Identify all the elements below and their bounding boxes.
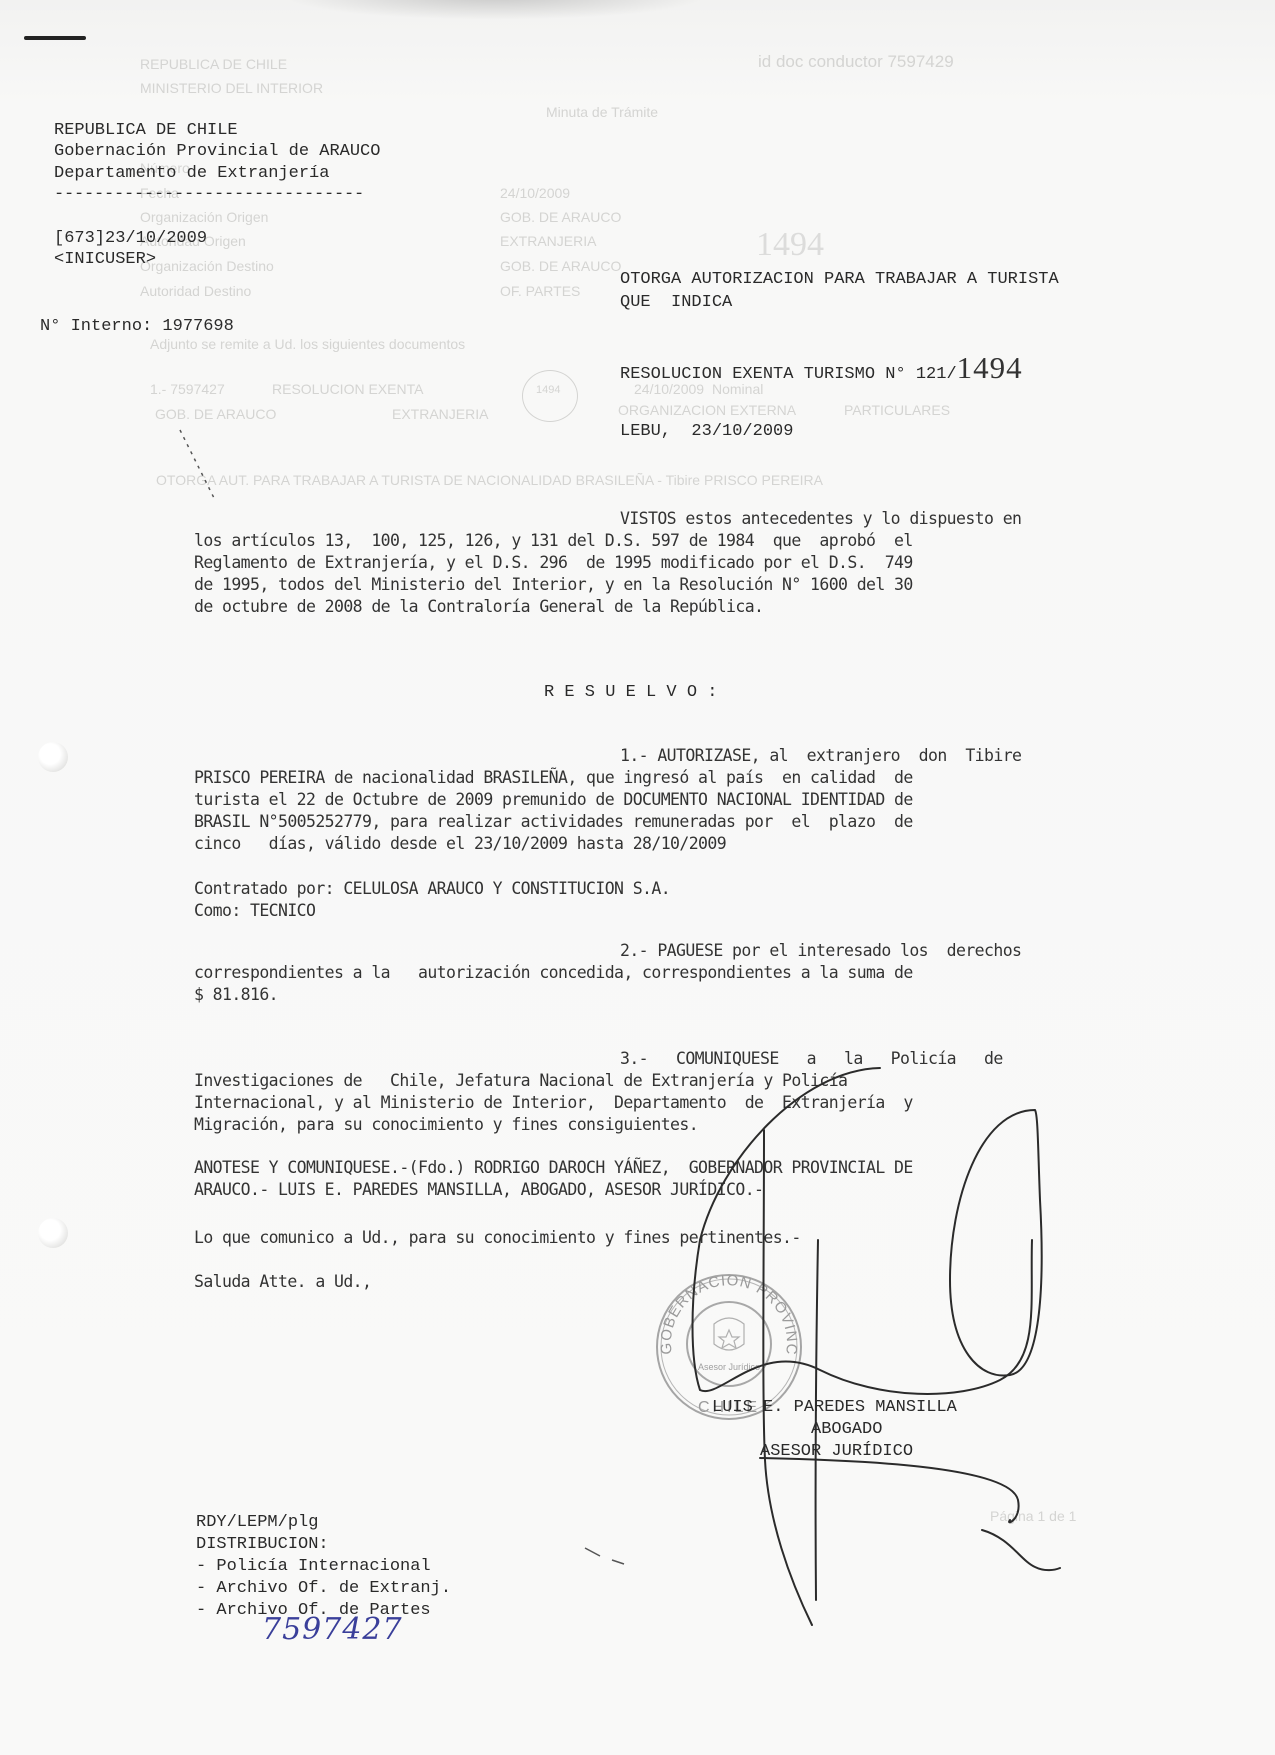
ghost-row2-c: ORGANIZACION EXTERNA <box>618 402 796 418</box>
contracted-by: Contratado por: CELULOSA ARAUCO Y CONSTI… <box>194 878 670 899</box>
place-date: LEBU, 23/10/2009 <box>620 421 793 442</box>
ghost-value: GOB. DE ARAUCO <box>500 209 621 225</box>
item-3-line: Investigaciones de Chile, Jefatura Nacio… <box>194 1070 847 1091</box>
seal-inner-text: Asesor Jurídico <box>698 1362 760 1372</box>
item-1-line: PRISCO PEREIRA de nacionalidad BRASILEÑA… <box>194 767 913 788</box>
vistos-line: Reglamento de Extranjería, y el D.S. 296… <box>194 552 913 573</box>
ghost-row1-c: 1494 <box>536 384 560 396</box>
title-line-2: QUE INDICA <box>620 292 732 313</box>
ghost-attached-note: Adjunto se remite a Ud. los siguientes d… <box>150 336 465 352</box>
item-2-line: 2.- PAGUESE por el interesado los derech… <box>620 940 1021 961</box>
internal-number: N° Interno: 1977698 <box>40 316 234 337</box>
ghost-label: Autoridad Destino <box>140 283 251 299</box>
ghost-minuta: Minuta de Trámite <box>546 104 658 120</box>
ghost-value: 24/10/2009 <box>500 185 570 201</box>
ghost-id-doc: id doc conductor 7597429 <box>758 52 954 72</box>
ghost-stamp-number: 1494 <box>756 226 824 264</box>
signatory-name: LUIS E. PAREDES MANSILLA <box>712 1397 957 1418</box>
ghost-row2-a: GOB. DE ARAUCO <box>155 406 276 422</box>
item-1-line: cinco días, válido desde el 23/10/2009 h… <box>194 833 726 854</box>
handwritten-document-number: 7597427 <box>262 1612 403 1647</box>
ghost-label: Organización Origen <box>140 209 268 225</box>
punch-hole <box>38 1218 68 1248</box>
item-3-line: 3.- COMUNIQUESE a la Policía de <box>620 1048 1003 1069</box>
seal-outer-text: GOBERNACION PROVINCIAL ARAUCO <box>654 1272 800 1356</box>
signatory-title: ABOGADO <box>811 1419 882 1440</box>
ghost-subject: OTORGA AUT. PARA TRABAJAR A TURISTA DE N… <box>156 472 823 488</box>
initials: RDY/LEPM/plg <box>196 1512 318 1533</box>
vistos-line: de 1995, todos del Ministerio del Interi… <box>194 574 913 595</box>
ghost-value: GOB. DE ARAUCO <box>500 258 621 274</box>
item-3-line: Internacional, y al Ministerio de Interi… <box>194 1092 913 1113</box>
punch-hole <box>38 742 68 772</box>
ghost-label: Organización Destino <box>140 258 274 274</box>
header-line: Departamento de Extranjería <box>54 163 329 184</box>
coat-of-arms-icon <box>714 1318 744 1350</box>
ghost-header-2: MINISTERIO DEL INTERIOR <box>140 80 323 96</box>
greeting: Saluda Atte. a Ud., <box>194 1271 371 1292</box>
item-2-line: correspondientes a la autorización conce… <box>194 962 913 983</box>
distribution-item: - Policía Internacional <box>196 1556 431 1577</box>
signatory-role: ASESOR JURÍDICO <box>760 1441 913 1462</box>
reference-date: [673]23/10/2009 <box>54 228 207 249</box>
distribution-label: DISTRIBUCION: <box>196 1534 329 1555</box>
ghost-row2-b: EXTRANJERIA <box>392 406 488 422</box>
resolution-number-line: RESOLUCION EXENTA TURISMO N° 121/1494 <box>620 357 1023 385</box>
ghost-value: OF. PARTES <box>500 283 580 299</box>
ghost-row2-d: PARTICULARES <box>844 402 950 418</box>
distribution-item: - Archivo Of. de Extranj. <box>196 1578 451 1599</box>
svg-text:GOBERNACION PROVINCIAL ARAUCO: GOBERNACION PROVINCIAL ARAUCO <box>654 1272 800 1356</box>
header-line: Gobernación Provincial de ARAUCO <box>54 141 380 162</box>
resuelvo-heading: R E S U E L V O : <box>544 682 717 703</box>
header-line: REPUBLICA DE CHILE <box>54 120 238 141</box>
resolution-prefix: RESOLUCION EXENTA TURISMO N° 121/ <box>620 365 957 384</box>
closing-line: Lo que comunico a Ud., para su conocimie… <box>194 1227 801 1248</box>
resolution-stamped-number: 1494 <box>957 350 1023 385</box>
vistos-line: de octubre de 2008 de la Contraloría Gen… <box>194 596 763 617</box>
pen-dash-mark <box>24 36 86 40</box>
anotese-line: ANOTESE Y COMUNIQUESE.-(Fdo.) RODRIGO DA… <box>194 1157 913 1178</box>
ghost-row1-b: RESOLUCION EXENTA <box>272 381 423 397</box>
vistos-line: los artículos 13, 100, 125, 126, y 131 d… <box>194 530 913 551</box>
item-3-line: Migración, para su conocimiento y fines … <box>194 1114 698 1135</box>
item-1-line: turista el 22 de Octubre de 2009 premuni… <box>194 789 913 810</box>
ghost-value: EXTRANJERIA <box>500 233 596 249</box>
title-line-1: OTORGA AUTORIZACION PARA TRABAJAR A TURI… <box>620 269 1059 290</box>
item-1-line: 1.- AUTORIZASE, al extranjero don Tibire <box>620 745 1021 766</box>
ghost-circle-stamp <box>522 370 578 422</box>
vistos-line: VISTOS estos antecedentes y lo dispuesto… <box>620 508 1021 529</box>
ghost-row1-a: 1.- 7597427 <box>150 381 225 397</box>
header-rule: ------------------------------- <box>54 184 364 205</box>
ghost-header-1: REPUBLICA DE CHILE <box>140 56 287 72</box>
role: Como: TECNICO <box>194 900 315 921</box>
item-1-line: BRASIL N°5005252779, para realizar activ… <box>194 811 913 832</box>
fee-amount: $ 81.816. <box>194 984 278 1005</box>
ghost-page-footer: Página 1 de 1 <box>990 1508 1076 1524</box>
user-placeholder: <INICUSER> <box>54 249 156 270</box>
anotese-line: ARAUCO.- LUIS E. PAREDES MANSILLA, ABOGA… <box>194 1179 763 1200</box>
